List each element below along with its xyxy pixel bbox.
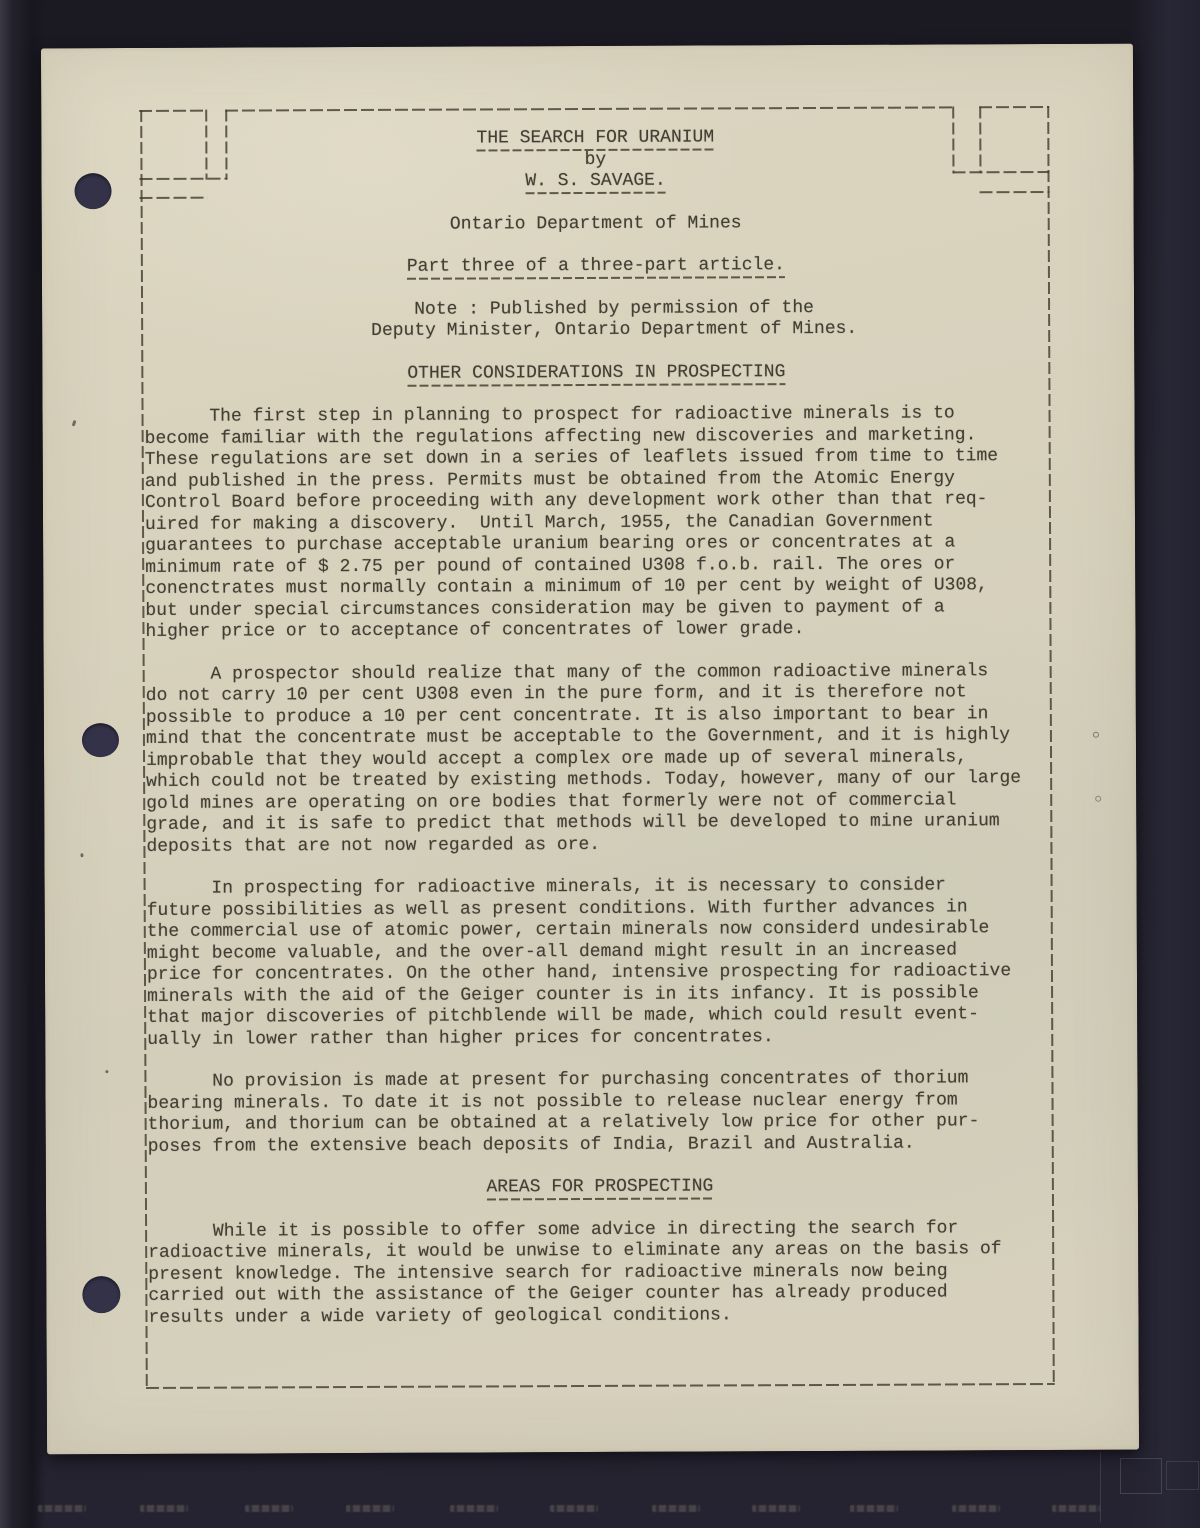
paragraph-regulations: The first step in planning to prospect f… [145, 403, 1050, 643]
frame-bottom-border [146, 1383, 1055, 1389]
author-name: W. S. SAVAGE. [525, 171, 666, 195]
scan-right-edge-shadow [1130, 0, 1200, 1528]
scan-left-edge-shadow [0, 0, 46, 1528]
film-edge-mark [1052, 1505, 1100, 1512]
organization-line: Ontario Department of Mines [144, 211, 1048, 236]
series-note-line: Part three of a three-part article. [144, 254, 1048, 279]
scanner-background: THE SEARCH FOR URANIUM by W. S. SAVAGE. … [0, 0, 1200, 1528]
paragraph-prospector-realize: A prospector should realize that many of… [146, 660, 1051, 857]
ink-speck [105, 1070, 108, 1073]
punch-hole-top [74, 173, 111, 209]
punch-hole-middle [82, 723, 119, 757]
scanbed-ghost-box [1120, 1458, 1162, 1494]
film-edge-mark [850, 1505, 898, 1512]
film-edge-mark [752, 1505, 800, 1512]
typed-text-column: THE SEARCH FOR URANIUM by W. S. SAVAGE. … [143, 106, 1052, 1350]
scanbed-ghost-line [1100, 1452, 1101, 1522]
title-block: THE SEARCH FOR URANIUM by W. S. SAVAGE. [143, 126, 1047, 194]
section-heading-other-considerations: OTHER CONSIDERATIONS IN PROSPECTING [144, 360, 1048, 385]
section-heading-text: OTHER CONSIDERATIONS IN PROSPECTING [407, 362, 785, 387]
film-edge-mark [245, 1505, 293, 1512]
film-edge-mark [346, 1505, 394, 1512]
permission-note: Note : Published by permission of the De… [162, 296, 1066, 343]
author-line: W. S. SAVAGE. [143, 169, 1047, 194]
ink-speck [72, 420, 77, 427]
series-note: Part three of a three-part article. [407, 255, 785, 280]
film-edge-mark [38, 1505, 86, 1512]
film-edge-mark [952, 1505, 1000, 1512]
film-edge-mark [550, 1505, 598, 1512]
document-title: THE SEARCH FOR URANIUM [476, 127, 714, 151]
section-heading-areas-for-prospecting: AREAS FOR PROSPECTING [148, 1175, 1052, 1200]
film-edge-mark [140, 1505, 188, 1512]
film-edge-mark [652, 1505, 700, 1512]
section-heading-text: AREAS FOR PROSPECTING [486, 1176, 713, 1200]
document-page: THE SEARCH FOR URANIUM by W. S. SAVAGE. … [41, 44, 1139, 1455]
ink-speck [1095, 796, 1101, 802]
scanbed-ghost-box [1166, 1461, 1199, 1490]
ink-speck [80, 853, 83, 857]
ink-speck [1093, 732, 1099, 738]
film-edge-mark [450, 1505, 498, 1512]
paragraph-thorium: No provision is made at present for purc… [147, 1068, 1051, 1158]
paragraph-future-possibilities: In prospecting for radioactive minerals,… [147, 875, 1052, 1051]
punch-hole-bottom [82, 1276, 120, 1313]
paragraph-areas-advice: While it is possible to offer some advic… [148, 1217, 1052, 1328]
